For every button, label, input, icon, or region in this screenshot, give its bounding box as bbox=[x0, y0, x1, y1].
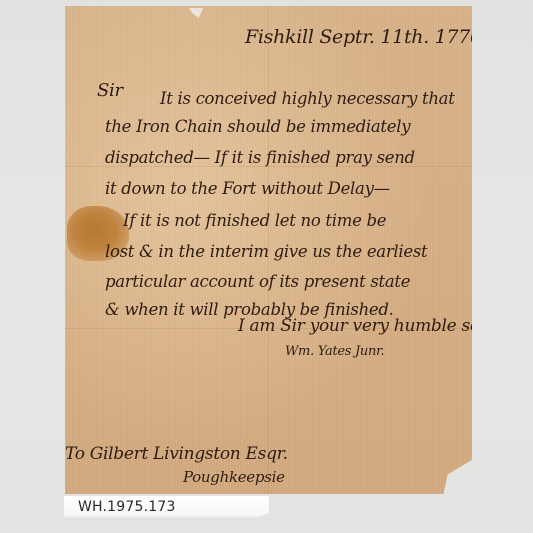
signature: Wm. Yates Junr. bbox=[285, 344, 384, 359]
paper-tear bbox=[189, 8, 203, 18]
address-place: Poughkeepsie bbox=[183, 468, 285, 486]
accession-number: WH.1975.173 bbox=[78, 499, 176, 515]
body-line: If it is not finished let no time be bbox=[123, 211, 386, 230]
body-line: It is conceived highly necessary that bbox=[160, 89, 455, 108]
body-line: the Iron Chain should be immediately bbox=[105, 117, 410, 136]
letter-paper: Fishkill Septr. 11th. 1776 Sir It is con… bbox=[65, 6, 472, 494]
body-line: it down to the Fort without Delay— bbox=[105, 179, 390, 198]
closing: I am Sir your very humble servt. bbox=[238, 316, 508, 336]
accession-label: WH.1975.173 bbox=[64, 496, 269, 520]
date-line: Fishkill Septr. 11th. 1776 bbox=[245, 26, 482, 48]
body-line: lost & in the interim give us the earlie… bbox=[105, 242, 427, 261]
body-line: dispatched— If it is finished pray send bbox=[105, 148, 415, 167]
salutation: Sir bbox=[97, 80, 123, 101]
addressee: To Gilbert Livingston Esqr. bbox=[65, 444, 288, 464]
body-line: particular account of its present state bbox=[105, 272, 410, 291]
